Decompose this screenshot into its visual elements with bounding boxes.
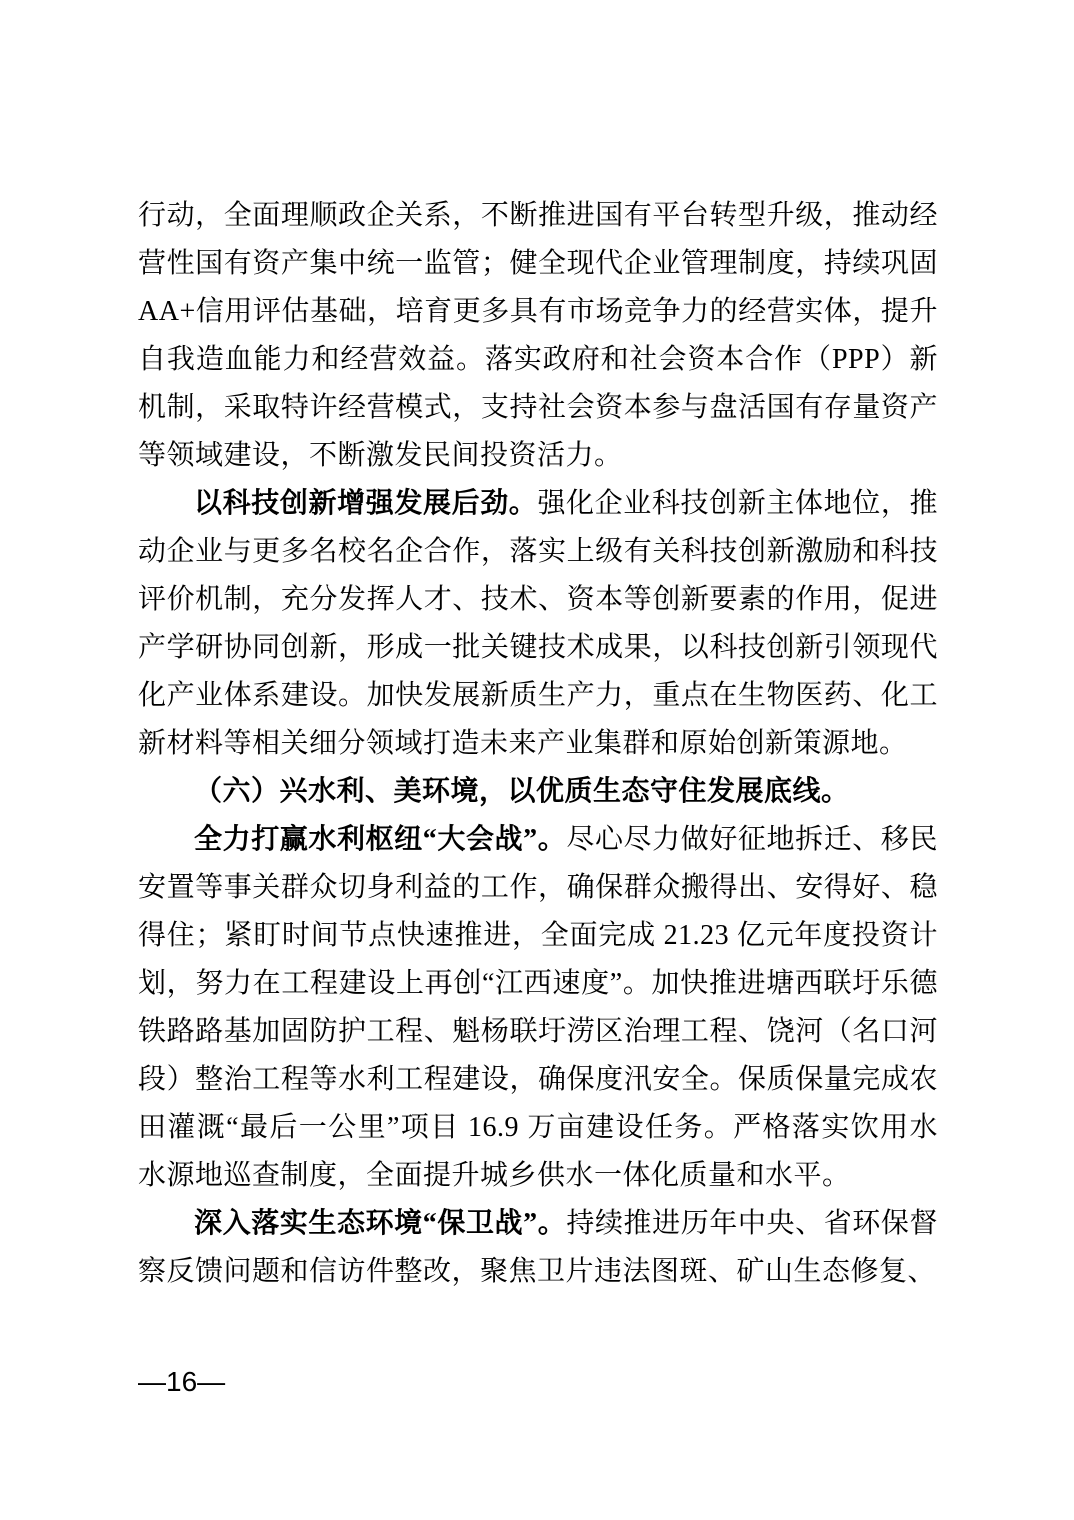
paragraph: 行动，全面理顺政企关系，不断推进国有平台转型升级，推动经营性国有资产集中统一监管… bbox=[138, 192, 938, 480]
paragraph-lead-bold: 全力打赢水利枢纽“大会战”。 bbox=[194, 824, 566, 855]
document-body: 行动，全面理顺政企关系，不断推进国有平台转型升级，推动经营性国有资产集中统一监管… bbox=[138, 192, 938, 1296]
paragraph-lead-bold: 以科技创新增强发展后劲。 bbox=[194, 488, 537, 519]
paragraph-text: 行动，全面理顺政企关系，不断推进国有平台转型升级，推动经营性国有资产集中统一监管… bbox=[138, 200, 938, 471]
paragraph-lead-bold: 深入落实生态环境“保卫战”。 bbox=[194, 1208, 566, 1239]
paragraph-text: 尽心尽力做好征地拆迁、移民安置等事关群众切身利益的工作，确保群众搬得出、安得好、… bbox=[138, 824, 938, 1191]
paragraph: 全力打赢水利枢纽“大会战”。尽心尽力做好征地拆迁、移民安置等事关群众切身利益的工… bbox=[138, 816, 938, 1200]
page-number: —16— bbox=[138, 1366, 225, 1398]
paragraph: （六）兴水利、美环境，以优质生态守住发展底线。 bbox=[138, 768, 938, 816]
paragraph: 深入落实生态环境“保卫战”。持续推进历年中央、省环保督察反馈问题和信访件整改，聚… bbox=[138, 1200, 938, 1296]
paragraph-lead-bold: （六）兴水利、美环境，以优质生态守住发展底线。 bbox=[194, 776, 850, 807]
document-page: 行动，全面理顺政企关系，不断推进国有平台转型升级，推动经营性国有资产集中统一监管… bbox=[0, 0, 1074, 1520]
paragraph: 以科技创新增强发展后劲。强化企业科技创新主体地位，推动企业与更多名校名企合作，落… bbox=[138, 480, 938, 768]
paragraph-text: 强化企业科技创新主体地位，推动企业与更多名校名企合作，落实上级有关科技创新激励和… bbox=[138, 488, 938, 759]
